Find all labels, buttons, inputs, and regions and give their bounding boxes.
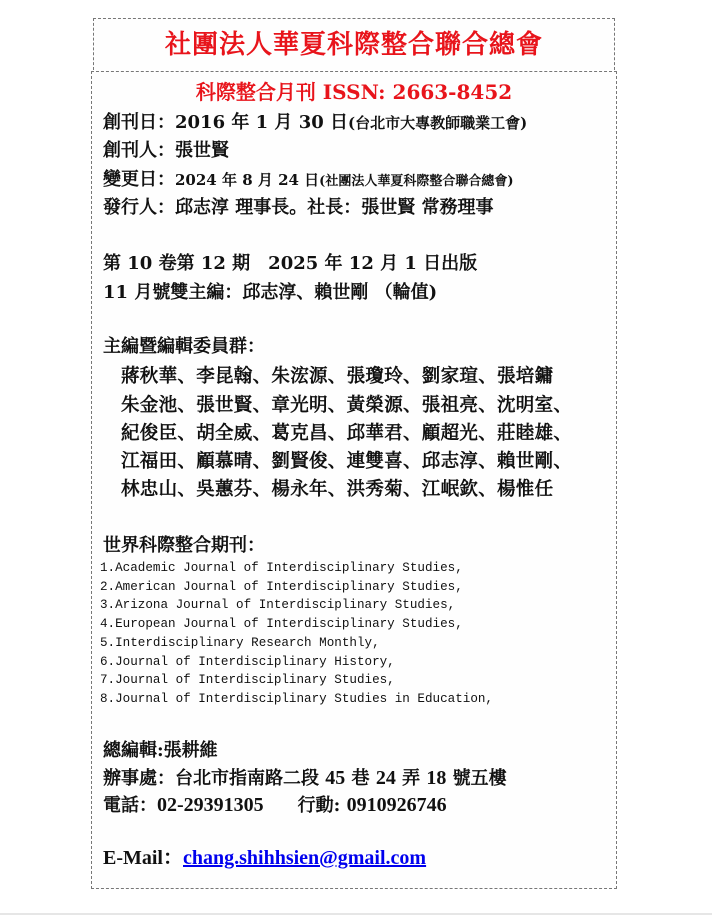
founder-line: 創刊人：張世賢 xyxy=(103,139,229,163)
editorial-board-heading: 主編暨編輯委員群： xyxy=(103,335,265,359)
publisher-label: 發行人： xyxy=(103,197,175,218)
editorial-board-row: 朱金池、張世賢、章光明、黃榮源、張祖亮、沈明室、 xyxy=(121,394,572,418)
editorial-board-row: 蔣秋華、李昆翰、朱浤源、張瓊玲、劉家瑄、張培鏞 xyxy=(121,365,553,389)
office-address-street: 台北市指南路二段 xyxy=(175,768,325,789)
email-link[interactable]: chang.shihhsien@gmail.com xyxy=(183,847,426,869)
office-alley-label: 弄 xyxy=(396,768,427,789)
journal-item: 2.American Journal of Interdisciplinary … xyxy=(100,578,493,597)
volume-issue-line: 第 10 卷第 12 期 2025 年 12 月 1 日出版 xyxy=(103,252,477,276)
founded-date-line: 創刊日：2016 年 1 月 30 日(台北市大專教師職業工會) xyxy=(103,111,527,135)
changed-label: 變更日： xyxy=(103,169,175,190)
office-label: 辦事處： xyxy=(103,768,175,789)
journal-item: 1.Academic Journal of Interdisciplinary … xyxy=(100,559,493,578)
founded-note: (台北市大專教師職業工會) xyxy=(348,114,527,132)
journal-list: 1.Academic Journal of Interdisciplinary … xyxy=(100,559,493,709)
editorial-board-row: 紀俊臣、胡全威、葛克昌、邱華君、顧超光、莊睦雄、 xyxy=(121,422,572,446)
founder-value: 張世賢 xyxy=(175,140,229,161)
office-floor: 號五樓 xyxy=(446,768,506,789)
journal-issn-title: 科際整合月刊 ISSN: 2663-8452 xyxy=(92,79,616,105)
changed-date-line: 變更日：2024 年 8 月 24 日(社團法人華夏科際整合聯合總會) xyxy=(103,168,513,194)
mobile-label: 行動: xyxy=(298,795,347,816)
office-lane-number: 45 xyxy=(325,767,345,789)
founded-value: 2016 年 1 月 30 日 xyxy=(175,112,348,133)
chief-editor-label: 總編輯: xyxy=(103,740,164,761)
journal-item: 7.Journal of Interdisciplinary Studies, xyxy=(100,671,493,690)
journal-item: 5.Interdisciplinary Research Monthly, xyxy=(100,634,493,653)
journal-item: 3.Arizona Journal of Interdisciplinary S… xyxy=(100,596,493,615)
publisher-line: 發行人：邱志淳 理事長。社長：張世賢 常務理事 xyxy=(103,196,494,220)
journal-item: 6.Journal of Interdisciplinary History, xyxy=(100,653,493,672)
journal-item: 4.European Journal of Interdisciplinary … xyxy=(100,615,493,634)
organization-title: 社團法人華夏科際整合聯合總會 xyxy=(94,28,614,62)
phone-line: 電話：02-29391305行動: 0910926746 xyxy=(103,793,447,818)
phone-label: 電話： xyxy=(103,795,157,816)
journals-heading: 世界科際整合期刊： xyxy=(103,534,265,558)
office-alley-number: 24 xyxy=(376,767,396,789)
editorial-board-row: 江福田、顧慕晴、劉賢俊、連雙喜、邱志淳、賴世剛、 xyxy=(121,450,572,474)
founded-label: 創刊日： xyxy=(103,112,175,133)
chief-editor-line: 總編輯:張耕維 xyxy=(103,739,218,763)
chief-editor-value: 張耕維 xyxy=(164,740,218,761)
page-bottom-divider xyxy=(0,913,712,915)
organization-title-box: 社團法人華夏科際整合聯合總會 xyxy=(93,18,615,70)
journal-item: 8.Journal of Interdisciplinary Studies i… xyxy=(100,690,493,709)
changed-note: (社團法人華夏科際整合聯合總會) xyxy=(319,174,513,189)
masthead-box: 科際整合月刊 ISSN: 2663-8452 創刊日：2016 年 1 月 30… xyxy=(91,71,617,889)
changed-value: 2024 年 8 月 24 日 xyxy=(175,171,319,189)
email-label: E-Mail： xyxy=(103,847,183,869)
office-address-line: 辦事處：台北市指南路二段 45 巷 24 弄 18 號五樓 xyxy=(103,766,507,791)
phone-value: 02-29391305 xyxy=(157,794,264,816)
office-house-number: 18 xyxy=(426,767,446,789)
email-line: E-Mail：chang.shihhsien@gmail.com xyxy=(103,846,426,871)
office-lane-label: 巷 xyxy=(345,768,376,789)
founder-label: 創刊人： xyxy=(103,140,175,161)
editorial-board-row: 林忠山、吳蕙芬、楊永年、洪秀菊、江岷欽、楊惟任 xyxy=(121,478,553,502)
publisher-value: 邱志淳 理事長。社長：張世賢 常務理事 xyxy=(175,197,494,218)
guest-editors-line: 11 月號雙主編：邱志淳、賴世剛 （輪值) xyxy=(103,281,437,305)
mobile-value: 0910926746 xyxy=(347,794,447,816)
